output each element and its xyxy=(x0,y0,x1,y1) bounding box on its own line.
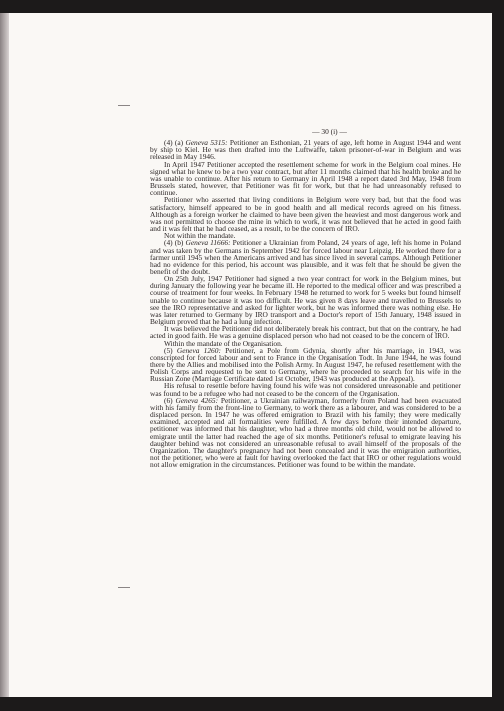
paragraph-text: On 25th July, 1947 Petitioner had signed… xyxy=(150,274,461,326)
paragraph: His refusal to resettle before having fo… xyxy=(150,382,461,396)
margin-mark xyxy=(118,105,130,106)
page-number: — 30 (i) — xyxy=(150,128,461,135)
paragraph-text: Petitioner who asserted that living cond… xyxy=(150,195,461,233)
paragraph: Petitioner who asserted that living cond… xyxy=(150,196,461,232)
paragraph-text: In April 1947 Petitioner accepted the re… xyxy=(150,160,461,198)
paragraph: (4) (a) Geneva 5315: Petitioner an Estho… xyxy=(150,139,461,160)
paragraph: On 25th July, 1947 Petitioner had signed… xyxy=(150,275,461,325)
paragraph: It was believed the Petitioner did not d… xyxy=(150,325,461,339)
paragraph-text: Petitioner, a Ukrainian railwayman, form… xyxy=(150,396,461,469)
paragraph: In April 1947 Petitioner accepted the re… xyxy=(150,161,461,197)
paragraph: (5) Geneva 1260: Petitioner, a Pole from… xyxy=(150,347,461,383)
page-body: — 30 (i) — (4) (a) Geneva 5315: Petition… xyxy=(150,128,461,468)
margin-mark xyxy=(118,587,130,588)
paragraph: (4) (b) Geneva 11666: Petitioner a Ukrai… xyxy=(150,239,461,275)
paragraph: (6) Geneva 4265: Petitioner, a Ukrainian… xyxy=(150,397,461,469)
book-spine xyxy=(0,13,9,697)
